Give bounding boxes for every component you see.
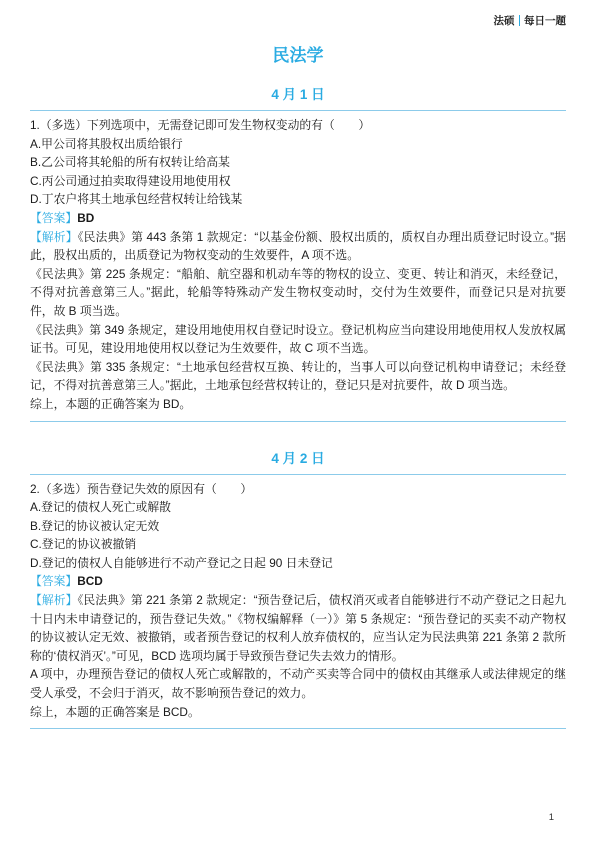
brand-left-label: 法硕 [494, 13, 515, 28]
option-a: A.登记的债权人死亡或解散 [30, 498, 566, 517]
analysis-paragraph: 《民法典》第 225 条规定：“船舶、航空器和机动车等的物权的设立、变更、转让和… [30, 265, 566, 321]
brand-header: 法硕 每日一题 [30, 13, 566, 27]
analysis-paragraph: 《民法典》第 335 条规定：“土地承包经营权互换、转让的，当事人可以向登记机构… [30, 358, 566, 395]
section-date-heading-apr2: 4 月 2 日 [30, 451, 566, 467]
analysis-text: 《民法典》第 443 条第 1 款规定：“以基金份额、股权出质的，质权自办理出质… [30, 230, 566, 263]
answer-value: BD [77, 211, 94, 225]
conclusion-line: 综上，本题的正确答案为 BD。 [30, 395, 566, 414]
analysis-label: 【解析】 [30, 593, 77, 607]
answer-label: 【答案】 [30, 211, 77, 225]
analysis-paragraph: 《民法典》第 349 条规定，建设用地使用权自登记时设立。登记机构应当向建设用地… [30, 321, 566, 358]
question-block-2: 2.（多选）预告登记失效的原因有（ ） A.登记的债权人死亡或解散 B.登记的协… [30, 474, 566, 730]
answer-line: 【答案】BCD [30, 572, 566, 591]
option-c: C.登记的协议被撤销 [30, 535, 566, 554]
question-stem: 1.（多选）下列选项中，无需登记即可发生物权变动的有（ ） [30, 116, 566, 135]
option-c: C.丙公司通过拍卖取得建设用地使用权 [30, 172, 566, 191]
page-title: 民法学 [30, 46, 566, 66]
question-block-1: 1.（多选）下列选项中，无需登记即可发生物权变动的有（ ） A.甲公司将其股权出… [30, 110, 566, 422]
analysis-label: 【解析】 [30, 230, 78, 244]
page-number: 1 [549, 812, 554, 823]
option-a: A.甲公司将其股权出质给银行 [30, 135, 566, 154]
option-d: D.登记的债权人自能够进行不动产登记之日起 90 日未登记 [30, 554, 566, 573]
conclusion-line: 综上，本题的正确答案是 BCD。 [30, 703, 566, 722]
document-page: 法硕 每日一题 民法学 4 月 1 日 1.（多选）下列选项中，无需登记即可发生… [0, 0, 596, 842]
section-date-heading-apr1: 4 月 1 日 [30, 87, 566, 103]
brand-right-label: 每日一题 [524, 13, 566, 28]
option-d: D.丁农户将其土地承包经营权转让给钱某 [30, 190, 566, 209]
analysis-paragraph: A 项中，办理预告登记的债权人死亡或解散的，不动产买卖等合同中的债权由其继承人或… [30, 665, 566, 702]
option-b: B.登记的协议被认定无效 [30, 517, 566, 536]
answer-label: 【答案】 [30, 574, 77, 588]
analysis-text: 《民法典》第 221 条第 2 款规定：“预告登记后，债权消灭或者自能够进行不动… [30, 593, 566, 663]
analysis-paragraph: 【解析】《民法典》第 221 条第 2 款规定：“预告登记后，债权消灭或者自能够… [30, 591, 566, 665]
brand-divider [519, 15, 521, 26]
analysis-paragraph: 【解析】《民法典》第 443 条第 1 款规定：“以基金份额、股权出质的，质权自… [30, 228, 566, 265]
question-stem: 2.（多选）预告登记失效的原因有（ ） [30, 480, 566, 499]
answer-line: 【答案】BD [30, 209, 566, 228]
answer-value: BCD [77, 574, 103, 588]
option-b: B.乙公司将其轮船的所有权转让给高某 [30, 153, 566, 172]
